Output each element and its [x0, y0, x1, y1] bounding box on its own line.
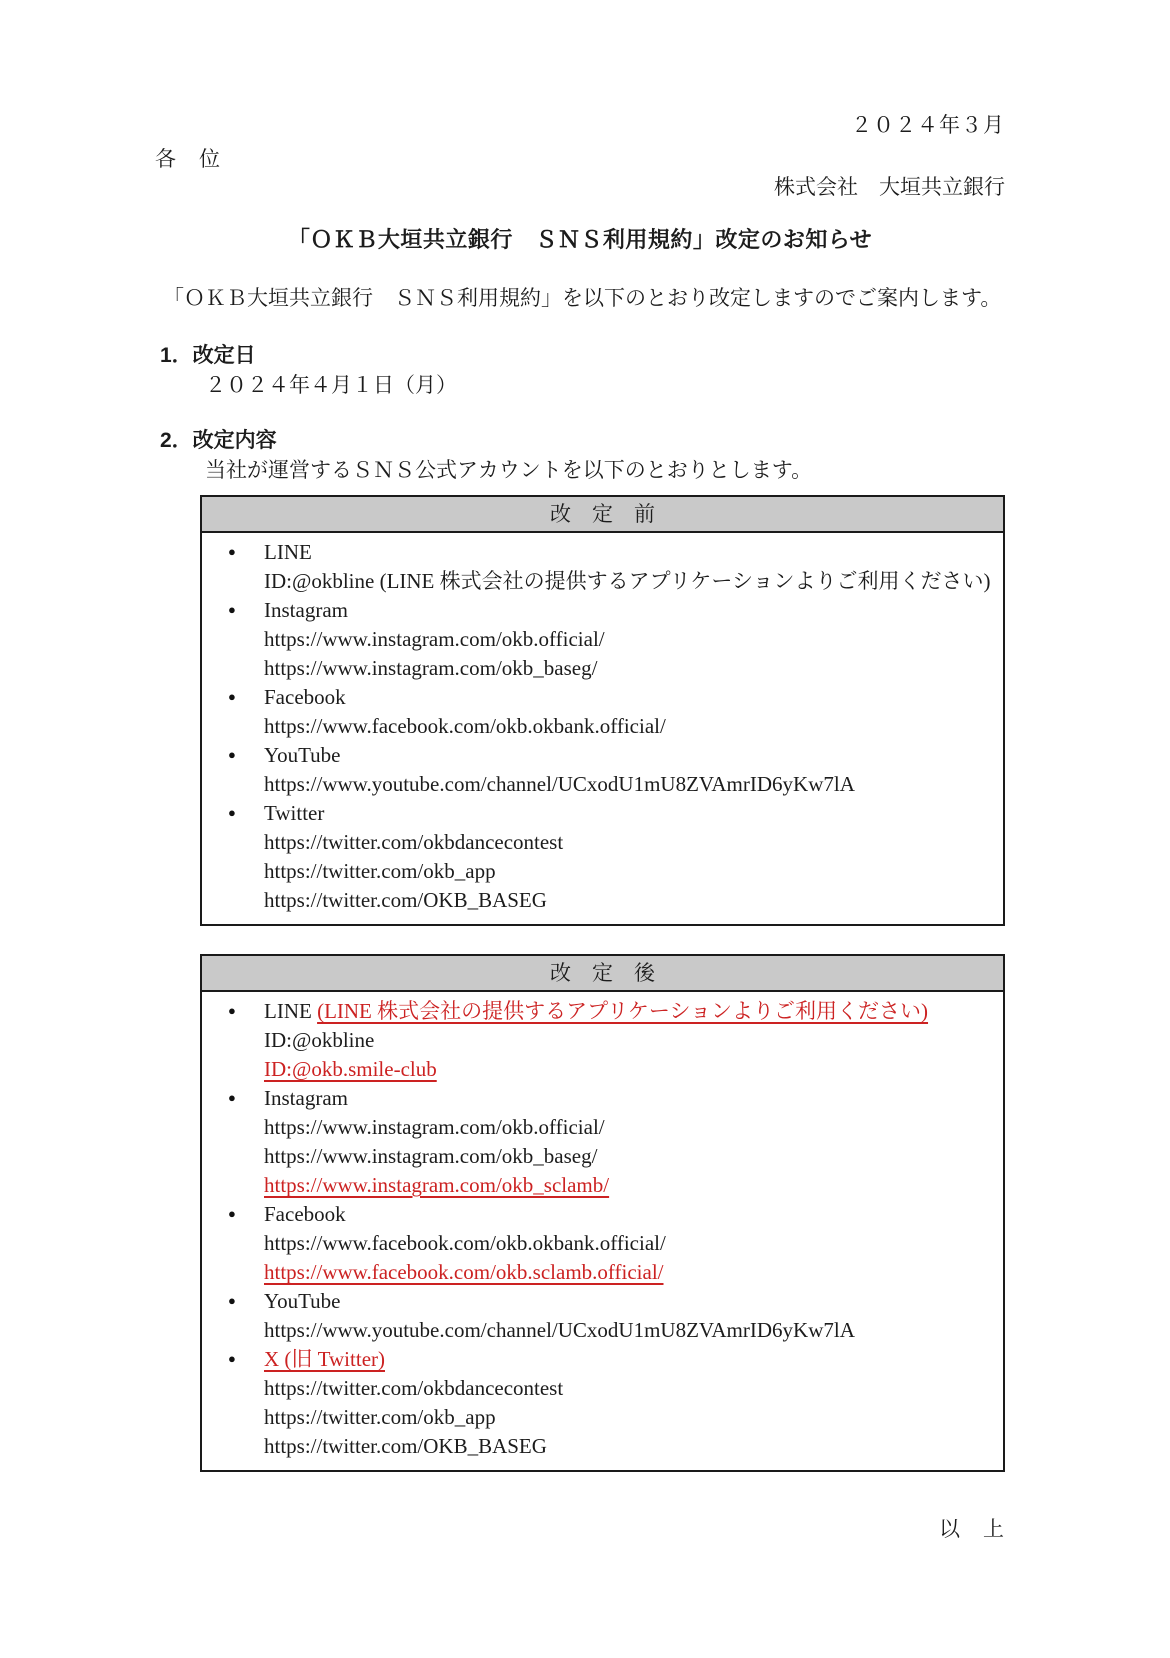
document-page: ２０２４年３月 各 位 株式会社 大垣共立銀行 「ＯＫＢ大垣共立銀行 ＳＮＳ利用… [0, 0, 1170, 1658]
text-segment: https://twitter.com/okb_app [264, 1405, 496, 1429]
sns-account-row: https://www.youtube.com/channel/UCxodU1m… [202, 770, 995, 799]
text-segment: Instagram [264, 1086, 348, 1110]
sns-platform-row: ●Instagram [202, 596, 995, 625]
text-segment: Instagram [264, 598, 348, 622]
section-2-heading: 2．改定内容 [160, 428, 1005, 454]
text-segment: https://twitter.com/okbdancecontest [264, 830, 563, 854]
text-segment: LINE [264, 540, 312, 564]
bullet-icon: ● [228, 1286, 236, 1315]
table-after-header: 改 定 後 [202, 956, 1003, 992]
sns-platform-row: ●YouTube [202, 1287, 995, 1316]
text-segment: Facebook [264, 685, 346, 709]
sns-platform-row: ●Facebook [202, 683, 995, 712]
sns-account-row: https://www.instagram.com/okb_baseg/ [202, 654, 995, 683]
revised-text: (LINE 株式会社の提供するアプリケーションよりご利用ください) [317, 999, 928, 1023]
closing-text: 以 上 [155, 1516, 1005, 1542]
bullet-icon: ● [228, 537, 236, 566]
table-before-body: ●LINEID:@okbline (LINE 株式会社の提供するアプリケーション… [202, 533, 1003, 924]
text-segment: Facebook [264, 1202, 346, 1226]
text-segment: https://www.facebook.com/okb.okbank.offi… [264, 1231, 666, 1255]
bullet-icon: ● [228, 798, 236, 827]
sns-account-row: https://www.facebook.com/okb.sclamb.offi… [202, 1258, 995, 1287]
text-segment: https://www.instagram.com/okb_baseg/ [264, 656, 597, 680]
bullet-icon: ● [228, 740, 236, 769]
text-segment: LINE [264, 999, 317, 1023]
doc-date: ２０２４年３月 [155, 112, 1005, 138]
table-before-header: 改 定 前 [202, 497, 1003, 533]
sns-account-row: https://twitter.com/okb_app [202, 857, 995, 886]
bullet-icon: ● [228, 1083, 236, 1112]
table-before-revision: 改 定 前 ●LINEID:@okbline (LINE 株式会社の提供するアプ… [200, 495, 1005, 926]
text-segment: https://www.instagram.com/okb.official/ [264, 627, 605, 651]
section-1-heading: 1．改定日 [160, 343, 1005, 369]
bullet-icon: ● [228, 1344, 236, 1373]
sns-account-row: ID:@okbline (LINE 株式会社の提供するアプリケーションよりご利用… [202, 567, 995, 596]
text-segment: YouTube [264, 743, 340, 767]
bullet-icon: ● [228, 595, 236, 624]
sns-account-row: https://www.instagram.com/okb.official/ [202, 625, 995, 654]
section-2-body: 当社が運営するＳＮＳ公式アカウントを以下のとおりとします。 [205, 457, 1005, 483]
text-segment: YouTube [264, 1289, 340, 1313]
sns-account-row: https://www.youtube.com/channel/UCxodU1m… [202, 1316, 995, 1345]
sns-platform-row: ●Facebook [202, 1200, 995, 1229]
sns-account-row: https://www.facebook.com/okb.okbank.offi… [202, 1229, 995, 1258]
sns-account-row: https://twitter.com/okb_app [202, 1403, 995, 1432]
text-segment: https://twitter.com/okb_app [264, 859, 496, 883]
section-1-body: ２０２４年４月１日（月） [205, 372, 1005, 398]
text-segment: https://twitter.com/okbdancecontest [264, 1376, 563, 1400]
sns-platform-row: ●LINE [202, 538, 995, 567]
text-segment: Twitter [264, 801, 324, 825]
text-segment: https://www.youtube.com/channel/UCxodU1m… [264, 772, 855, 796]
company-name: 株式会社 大垣共立銀行 [155, 174, 1005, 200]
sns-platform-row: ●Instagram [202, 1084, 995, 1113]
text-segment: https://www.youtube.com/channel/UCxodU1m… [264, 1318, 855, 1342]
text-segment: https://twitter.com/OKB_BASEG [264, 1434, 547, 1458]
text-segment: ID:@okbline [264, 1028, 374, 1052]
sns-account-row: https://twitter.com/okbdancecontest [202, 828, 995, 857]
sns-account-row: https://www.instagram.com/okb_sclamb/ [202, 1171, 995, 1200]
sns-account-row: https://twitter.com/okbdancecontest [202, 1374, 995, 1403]
revised-text: https://www.facebook.com/okb.sclamb.offi… [264, 1260, 664, 1284]
bullet-icon: ● [228, 996, 236, 1025]
revised-text: https://www.instagram.com/okb_sclamb/ [264, 1173, 609, 1197]
intro-text: 「ＯＫＢ大垣共立銀行 ＳＮＳ利用規約」を以下のとおり改定しますのでご案内します。 [163, 285, 1005, 311]
sns-account-row: https://www.instagram.com/okb_baseg/ [202, 1142, 995, 1171]
sns-account-row: https://www.facebook.com/okb.okbank.offi… [202, 712, 995, 741]
sns-account-row: https://twitter.com/OKB_BASEG [202, 886, 995, 915]
bullet-icon: ● [228, 682, 236, 711]
table-after-body: ●LINE (LINE 株式会社の提供するアプリケーションよりご利用ください)I… [202, 992, 1003, 1470]
sns-account-row: ID:@okbline [202, 1026, 995, 1055]
text-segment: https://www.facebook.com/okb.okbank.offi… [264, 714, 666, 738]
text-segment: https://www.instagram.com/okb.official/ [264, 1115, 605, 1139]
doc-title: 「ＯＫＢ大垣共立銀行 ＳＮＳ利用規約」改定のお知らせ [155, 226, 1005, 254]
sns-account-row: https://twitter.com/OKB_BASEG [202, 1432, 995, 1461]
sns-platform-row: ●Twitter [202, 799, 995, 828]
text-segment: https://twitter.com/OKB_BASEG [264, 888, 547, 912]
sns-platform-row: ●YouTube [202, 741, 995, 770]
addressee: 各 位 [155, 146, 1005, 172]
table-after-revision: 改 定 後 ●LINE (LINE 株式会社の提供するアプリケーションよりご利用… [200, 954, 1005, 1472]
sns-account-row: ID:@okb.smile-club [202, 1055, 995, 1084]
bullet-icon: ● [228, 1199, 236, 1228]
sns-platform-row: ●LINE (LINE 株式会社の提供するアプリケーションよりご利用ください) [202, 997, 995, 1026]
text-segment: ID:@okbline (LINE 株式会社の提供するアプリケーションよりご利用… [264, 569, 991, 593]
sns-platform-row: ●X (旧 Twitter) [202, 1345, 995, 1374]
revised-text: X (旧 Twitter) [264, 1347, 385, 1371]
sns-account-row: https://www.instagram.com/okb.official/ [202, 1113, 995, 1142]
revised-text: ID:@okb.smile-club [264, 1057, 437, 1081]
text-segment: https://www.instagram.com/okb_baseg/ [264, 1144, 597, 1168]
